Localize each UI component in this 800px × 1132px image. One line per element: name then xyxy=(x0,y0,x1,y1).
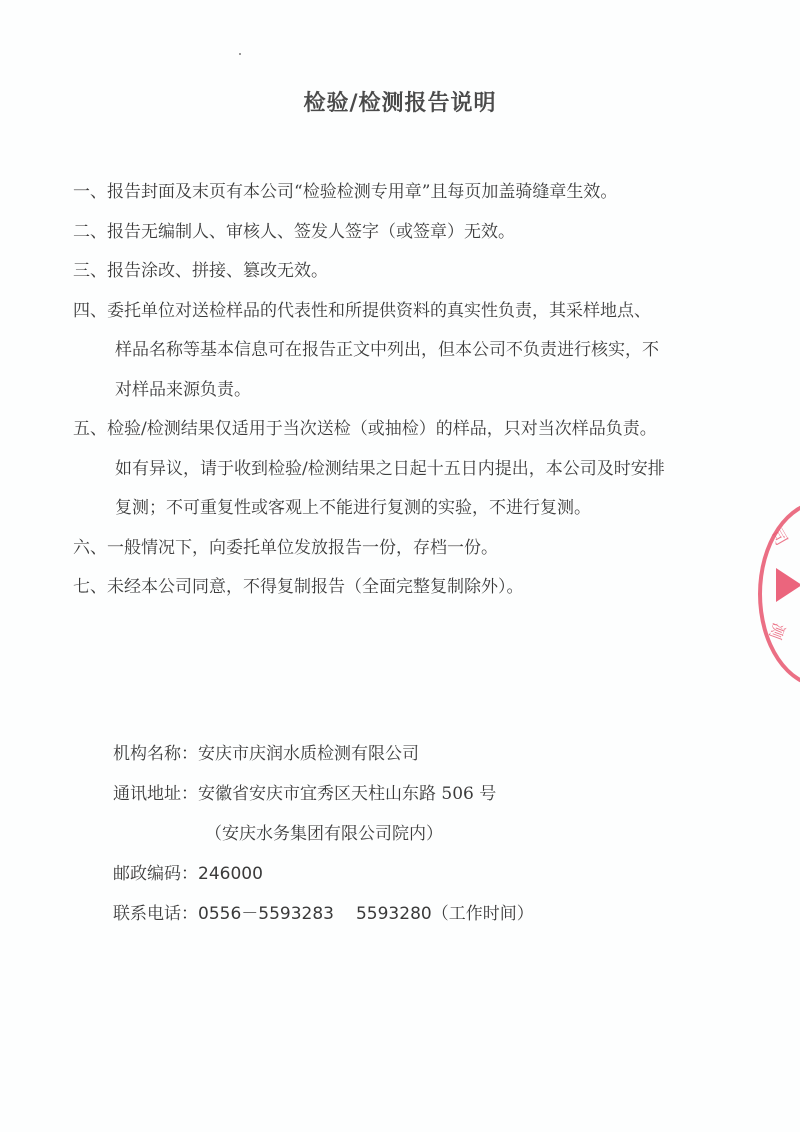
address-note: （安庆水务集团有限公司院内） xyxy=(205,824,443,844)
postcode-value: 246000 xyxy=(198,864,263,884)
phone-label: 联系电话： xyxy=(113,894,198,934)
clause-6: 六、一般情况下，向委托单位发放报告一份，存档一份。 xyxy=(73,529,733,569)
address-note-row: （安庆水务集团有限公司院内） xyxy=(113,814,534,854)
clause-line: 样品名称等基本信息可在报告正文中列出，但本公司不负责进行核实，不 xyxy=(73,331,733,371)
clause-line: 一、报告封面及末页有本公司“检验检测专用章”且每页加盖骑缝章生效。 xyxy=(73,173,733,213)
contact-info: 机构名称：安庆市庆润水质检测有限公司 通讯地址：安徽省安庆市宜秀区天柱山东路 5… xyxy=(113,734,534,934)
clause-4: 四、委托单位对送检样品的代表性和所提供资料的真实性负责，其采样地点、 样品名称等… xyxy=(73,292,733,411)
clause-3: 三、报告涂改、拼接、篡改无效。 xyxy=(73,252,733,292)
phone-row: 联系电话：0556－55932835593280（工作时间） xyxy=(113,894,534,934)
org-label: 机构名称： xyxy=(113,734,198,774)
clause-1: 一、报告封面及末页有本公司“检验检测专用章”且每页加盖骑缝章生效。 xyxy=(73,173,733,213)
phone-value-1: 0556－5593283 xyxy=(198,904,334,924)
address-row: 通讯地址：安徽省安庆市宜秀区天柱山东路 506 号 xyxy=(113,774,534,814)
clause-line: 对样品来源负责。 xyxy=(73,371,733,411)
postcode-label: 邮政编码： xyxy=(113,854,198,894)
org-value: 安庆市庆润水质检测有限公司 xyxy=(198,744,419,764)
document-title: 检验/检测报告说明 xyxy=(0,86,800,117)
clause-7: 七、未经本公司同意，不得复制报告（全面完整复制除外）。 xyxy=(73,568,733,608)
address-label: 通讯地址： xyxy=(113,774,198,814)
clause-list: 一、报告封面及末页有本公司“检验检测专用章”且每页加盖骑缝章生效。 二、报告无编… xyxy=(73,173,733,608)
clause-5: 五、检验/检测结果仅适用于当次送检（或抽检）的样品，只对当次样品负责。 如有异议… xyxy=(73,410,733,529)
phone-value-2: 5593280（工作时间） xyxy=(356,904,534,924)
clause-line: 复测；不可重复性或客观上不能进行复测的实验，不进行复测。 xyxy=(73,489,733,529)
seal-star-icon xyxy=(776,568,800,602)
address-value: 安徽省安庆市宜秀区天柱山东路 506 号 xyxy=(198,784,496,804)
clause-line: 六、一般情况下，向委托单位发放报告一份，存档一份。 xyxy=(73,529,733,569)
postcode-row: 邮政编码：246000 xyxy=(113,854,534,894)
scan-speck xyxy=(239,53,241,55)
org-row: 机构名称：安庆市庆润水质检测有限公司 xyxy=(113,734,534,774)
clause-line: 五、检验/检测结果仅适用于当次送检（或抽检）的样品，只对当次样品负责。 xyxy=(73,410,733,450)
clause-line: 如有异议，请于收到检验/检测结果之日起十五日内提出，本公司及时安排 xyxy=(73,450,733,490)
clause-line: 七、未经本公司同意，不得复制报告（全面完整复制除外）。 xyxy=(73,568,733,608)
clause-2: 二、报告无编制人、审核人、签发人签字（或签章）无效。 xyxy=(73,213,733,253)
clause-line: 四、委托单位对送检样品的代表性和所提供资料的真实性负责，其采样地点、 xyxy=(73,292,733,332)
clause-line: 三、报告涂改、拼接、篡改无效。 xyxy=(73,252,733,292)
clause-line: 二、报告无编制人、审核人、签发人签字（或签章）无效。 xyxy=(73,213,733,253)
